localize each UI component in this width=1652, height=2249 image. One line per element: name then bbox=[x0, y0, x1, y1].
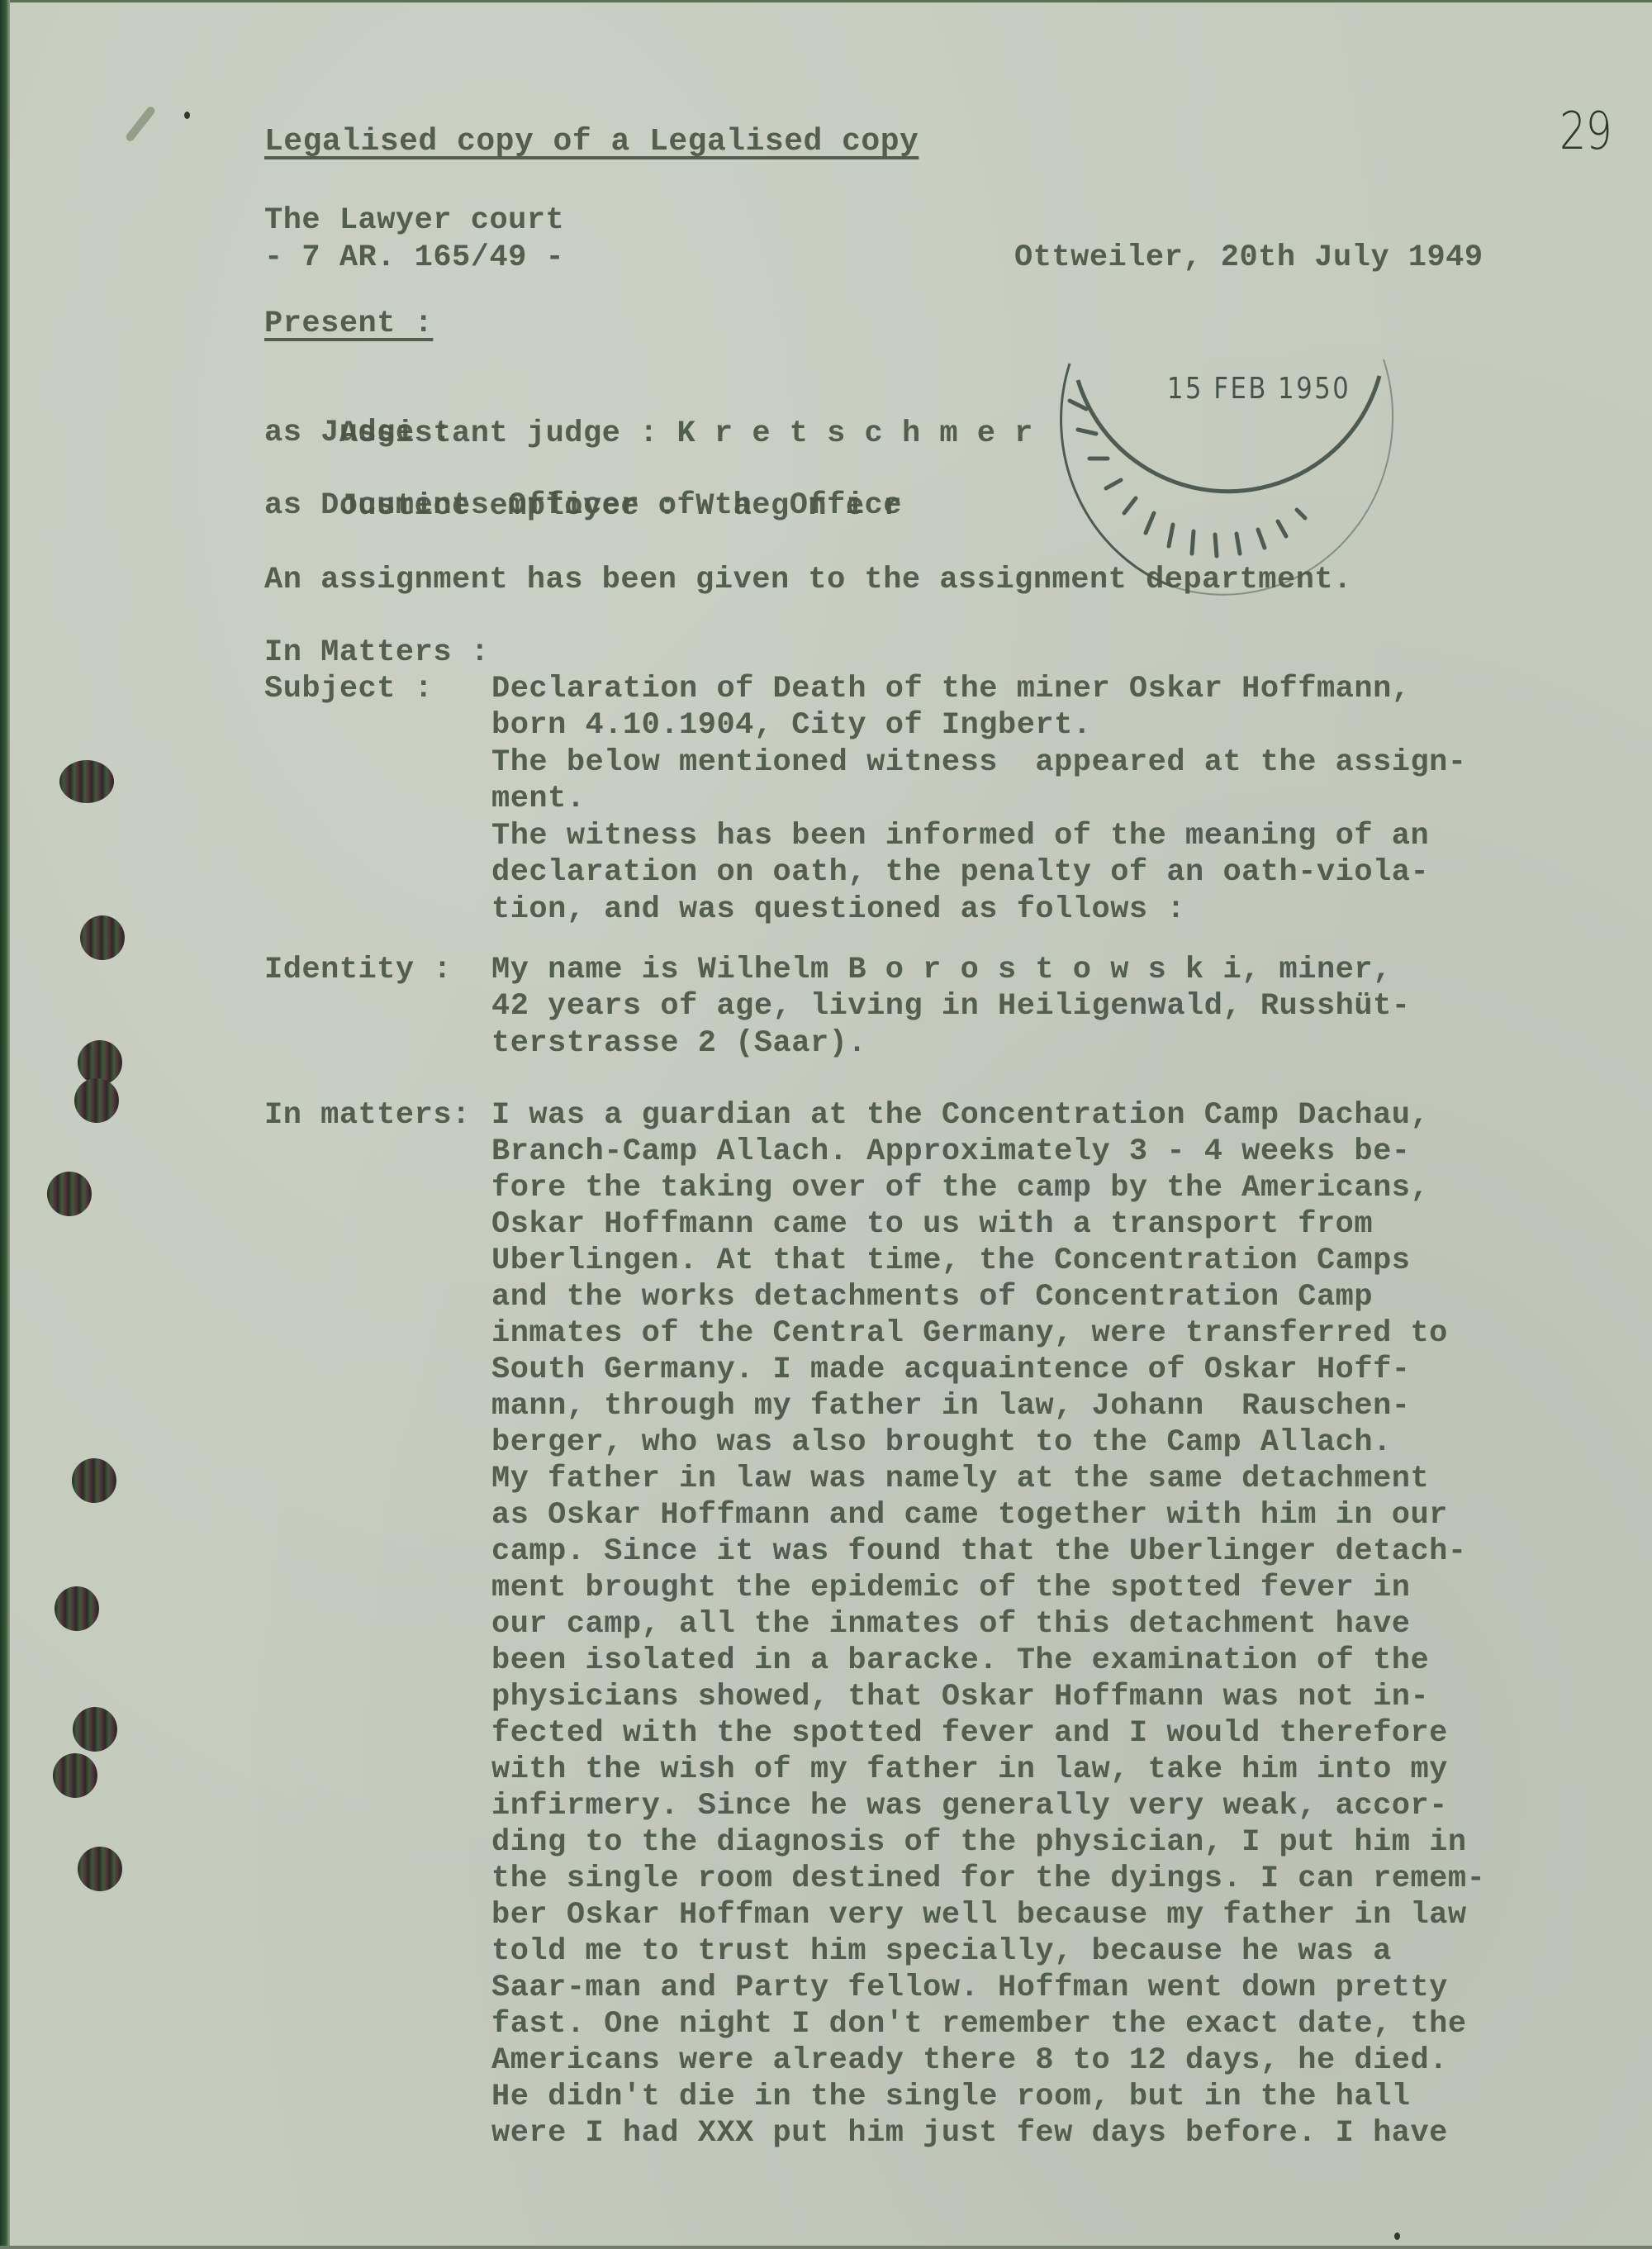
subject-line: born 4.10.1904, City of Ingbert. bbox=[491, 707, 1092, 744]
identity-line: 42 years of age, living in Heiligenwald,… bbox=[491, 988, 1410, 1025]
testimony-line: Saar-man and Party fellow. Hoffman went … bbox=[491, 1970, 1448, 2007]
punch-hole bbox=[74, 1078, 119, 1123]
file-reference: - 7 AR. 165/49 - bbox=[264, 240, 564, 277]
testimony-line: Americans were already there 8 to 12 day… bbox=[491, 2042, 1448, 2080]
pencil-mark bbox=[125, 105, 157, 143]
in-matters-label: In Matters : bbox=[264, 635, 489, 672]
testimony-line: fast. One night I don't remember the exa… bbox=[491, 2006, 1467, 2043]
subject-line: declaration on oath, the penalty of an o… bbox=[491, 854, 1429, 892]
subject-label: Subject : bbox=[264, 671, 433, 708]
page-bottom-edge bbox=[0, 2246, 1652, 2249]
stamp-date: 15 FEB 1950 bbox=[1167, 372, 1351, 406]
testimony-line: South Germany. I made acquaintence of Os… bbox=[491, 1352, 1410, 1389]
testimony-line: fected with the spotted fever and I woul… bbox=[491, 1715, 1448, 1752]
page-left-edge bbox=[0, 0, 10, 2249]
official-as-line: as Documents Officer of the Office bbox=[264, 487, 902, 525]
punch-hole bbox=[78, 1847, 122, 1891]
testimony-line: ment brought the epidemic of the spotted… bbox=[491, 1570, 1410, 1607]
ink-speck bbox=[1394, 2232, 1400, 2240]
testimony-line: I was a guardian at the Concentration Ca… bbox=[491, 1097, 1429, 1134]
testimony-line: were I had XXX put him just few days bef… bbox=[491, 2115, 1448, 2152]
place-date: Ottweiler, 20th July 1949 bbox=[1014, 240, 1483, 277]
testimony-line: Branch-Camp Allach. Approximately 3 - 4 … bbox=[491, 1134, 1410, 1171]
punch-hole bbox=[55, 1586, 99, 1631]
testimony-line: ber Oskar Hoffman very well because my f… bbox=[491, 1897, 1467, 1934]
official-name: K r e t s c h m e r bbox=[677, 416, 1033, 451]
court-name: The Lawyer court bbox=[264, 202, 564, 240]
testimony-line: infirmery. Since he was generally very w… bbox=[491, 1788, 1448, 1825]
testimony-line: mann, through my father in law, Johann R… bbox=[491, 1388, 1410, 1425]
official-as-line: as Judge : bbox=[264, 415, 452, 452]
testimony-line: inmates of the Central Germany, were tra… bbox=[491, 1315, 1448, 1353]
testimony-line: been isolated in a baracke. The examinat… bbox=[491, 1643, 1429, 1680]
testimony-line: Oskar Hoffmann came to us with a transpo… bbox=[491, 1206, 1373, 1243]
punch-hole bbox=[80, 915, 125, 960]
identity-line: My name is Wilhelm B o r o s t o w s k i… bbox=[491, 952, 1392, 989]
assignment-note: An assignment has been given to the assi… bbox=[264, 562, 1352, 599]
subject-line: The below mentioned witness appeared at … bbox=[491, 744, 1467, 782]
testimony-line: My father in law was namely at the same … bbox=[491, 1461, 1429, 1498]
ink-speck bbox=[184, 112, 190, 119]
punch-hole bbox=[59, 760, 114, 803]
testimony-line: berger, who was also brought to the Camp… bbox=[491, 1424, 1392, 1462]
page-top-edge bbox=[0, 0, 1652, 2]
testimony-line: camp. Since it was found that the Uberli… bbox=[491, 1533, 1467, 1571]
testimony-line: physicians showed, that Oskar Hoffmann w… bbox=[491, 1679, 1429, 1716]
identity-label: Identity : bbox=[264, 952, 452, 989]
testimony-line: He didn't die in the single room, but in… bbox=[491, 2079, 1410, 2116]
testimony-line: and the works detachments of Concentrati… bbox=[491, 1279, 1373, 1316]
punch-hole bbox=[53, 1753, 97, 1798]
identity-line: terstrasse 2 (Saar). bbox=[491, 1025, 866, 1063]
punch-hole bbox=[47, 1172, 92, 1216]
testimony-line: the single room destined for the dyings.… bbox=[491, 1861, 1485, 1898]
testimony-label: In matters: bbox=[264, 1097, 471, 1134]
testimony-line: told me to trust him specially, because … bbox=[491, 1933, 1392, 1971]
testimony-line: as Oskar Hoffmann and came together with… bbox=[491, 1497, 1448, 1534]
punch-hole bbox=[73, 1707, 117, 1752]
testimony-line: our camp, all the inmates of this detach… bbox=[491, 1606, 1410, 1643]
testimony-line: fore the taking over of the camp by the … bbox=[491, 1170, 1429, 1207]
document-page: 29 Legalised copy of a Legalised copy Th… bbox=[0, 0, 1652, 2249]
subject-line: ment. bbox=[491, 781, 586, 818]
subject-line: The witness has been informed of the mea… bbox=[491, 818, 1429, 855]
present-heading: Present : bbox=[264, 306, 433, 343]
punch-hole bbox=[72, 1458, 116, 1503]
page-number: 29 bbox=[1559, 101, 1612, 161]
testimony-line: ding to the diagnosis of the physician, … bbox=[491, 1824, 1467, 1861]
testimony-line: Uberlingen. At that time, the Concentrat… bbox=[491, 1243, 1410, 1280]
testimony-line: with the wish of my father in law, take … bbox=[491, 1752, 1448, 1789]
document-title: Legalised copy of a Legalised copy bbox=[264, 124, 919, 161]
subject-line: tion, and was questioned as follows : bbox=[491, 892, 1185, 929]
subject-line: Declaration of Death of the miner Oskar … bbox=[491, 671, 1410, 708]
